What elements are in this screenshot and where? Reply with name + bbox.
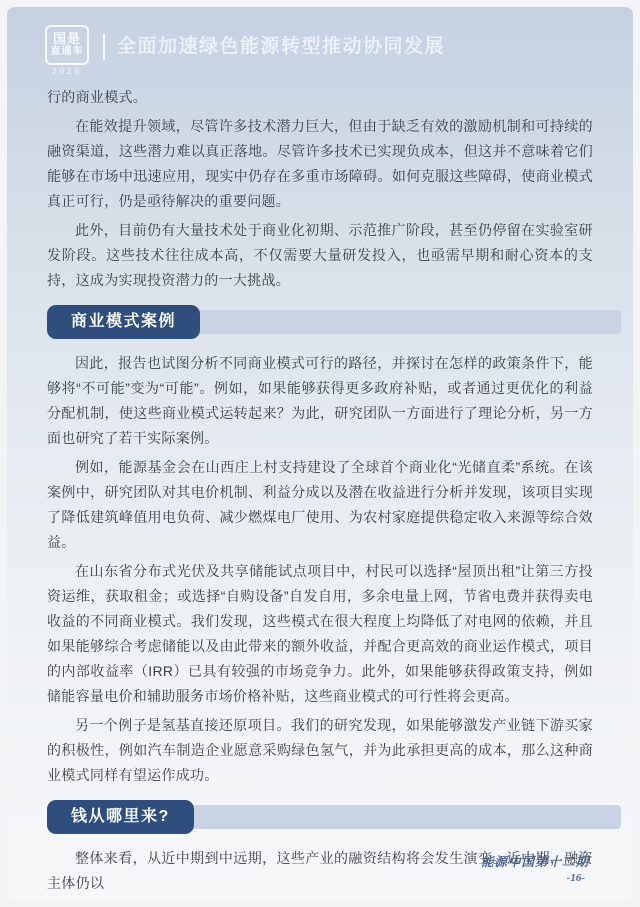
logo-year: 2025 — [45, 67, 89, 76]
article-body: 行的商业模式。 在能效提升领域，尽管许多技术潜力巨大，但由于缺乏有效的激励机制和… — [7, 71, 633, 896]
logo-text-bottom: 直通车 — [51, 46, 84, 58]
page-footer: 能源中国第十二期 -16- — [481, 854, 589, 886]
publication-name: 能源中国第十二期 — [481, 854, 589, 871]
header-divider — [103, 34, 105, 60]
paragraph-continuation: 行的商业模式。 — [47, 85, 593, 110]
logo-text-top: 国是 — [53, 32, 81, 46]
page-header: 国是 直通车 2025 全面加速绿色能源转型推动协同发展 — [7, 7, 633, 71]
section-heading-tab: 钱从哪里来? — [47, 800, 194, 834]
page-number: -16- — [481, 871, 589, 886]
document-page: 国是 直通车 2025 全面加速绿色能源转型推动协同发展 行的商业模式。 在能效… — [7, 7, 633, 900]
logo-box-icon: 国是 直通车 — [45, 25, 89, 65]
section-heading-where-money-from: 钱从哪里来? — [47, 800, 593, 834]
section-heading-tab: 商业模式案例 — [47, 305, 200, 339]
paragraph: 在能效提升领域，尽管许多技术潜力巨大，但由于缺乏有效的激励机制和可持续的融资渠道… — [47, 114, 593, 214]
paragraph: 例如，能源基金会在山西庄上村支持建设了全球首个商业化“光储直柔”系统。在该案例中… — [47, 455, 593, 555]
guoshi-logo: 国是 直通车 2025 — [45, 25, 89, 76]
paragraph: 在山东省分布式光伏及共享储能试点项目中，村民可以选择“屋顶出租”让第三方投资运维… — [47, 559, 593, 709]
paragraph: 因此，报告也试图分析不同商业模式可行的路径，并探讨在怎样的政策条件下，能够将“不… — [47, 351, 593, 451]
paragraph: 此外，目前仍有大量技术处于商业化初期、示范推广阶段，甚至仍停留在实验室研发阶段。… — [47, 218, 593, 293]
page-title: 全面加速绿色能源转型推动协同发展 — [117, 31, 445, 58]
section-heading-business-model-cases: 商业模式案例 — [47, 305, 593, 339]
paragraph: 另一个例子是氢基直接还原项目。我们的研究发现，如果能够激发产业链下游买家的积极性… — [47, 713, 593, 788]
